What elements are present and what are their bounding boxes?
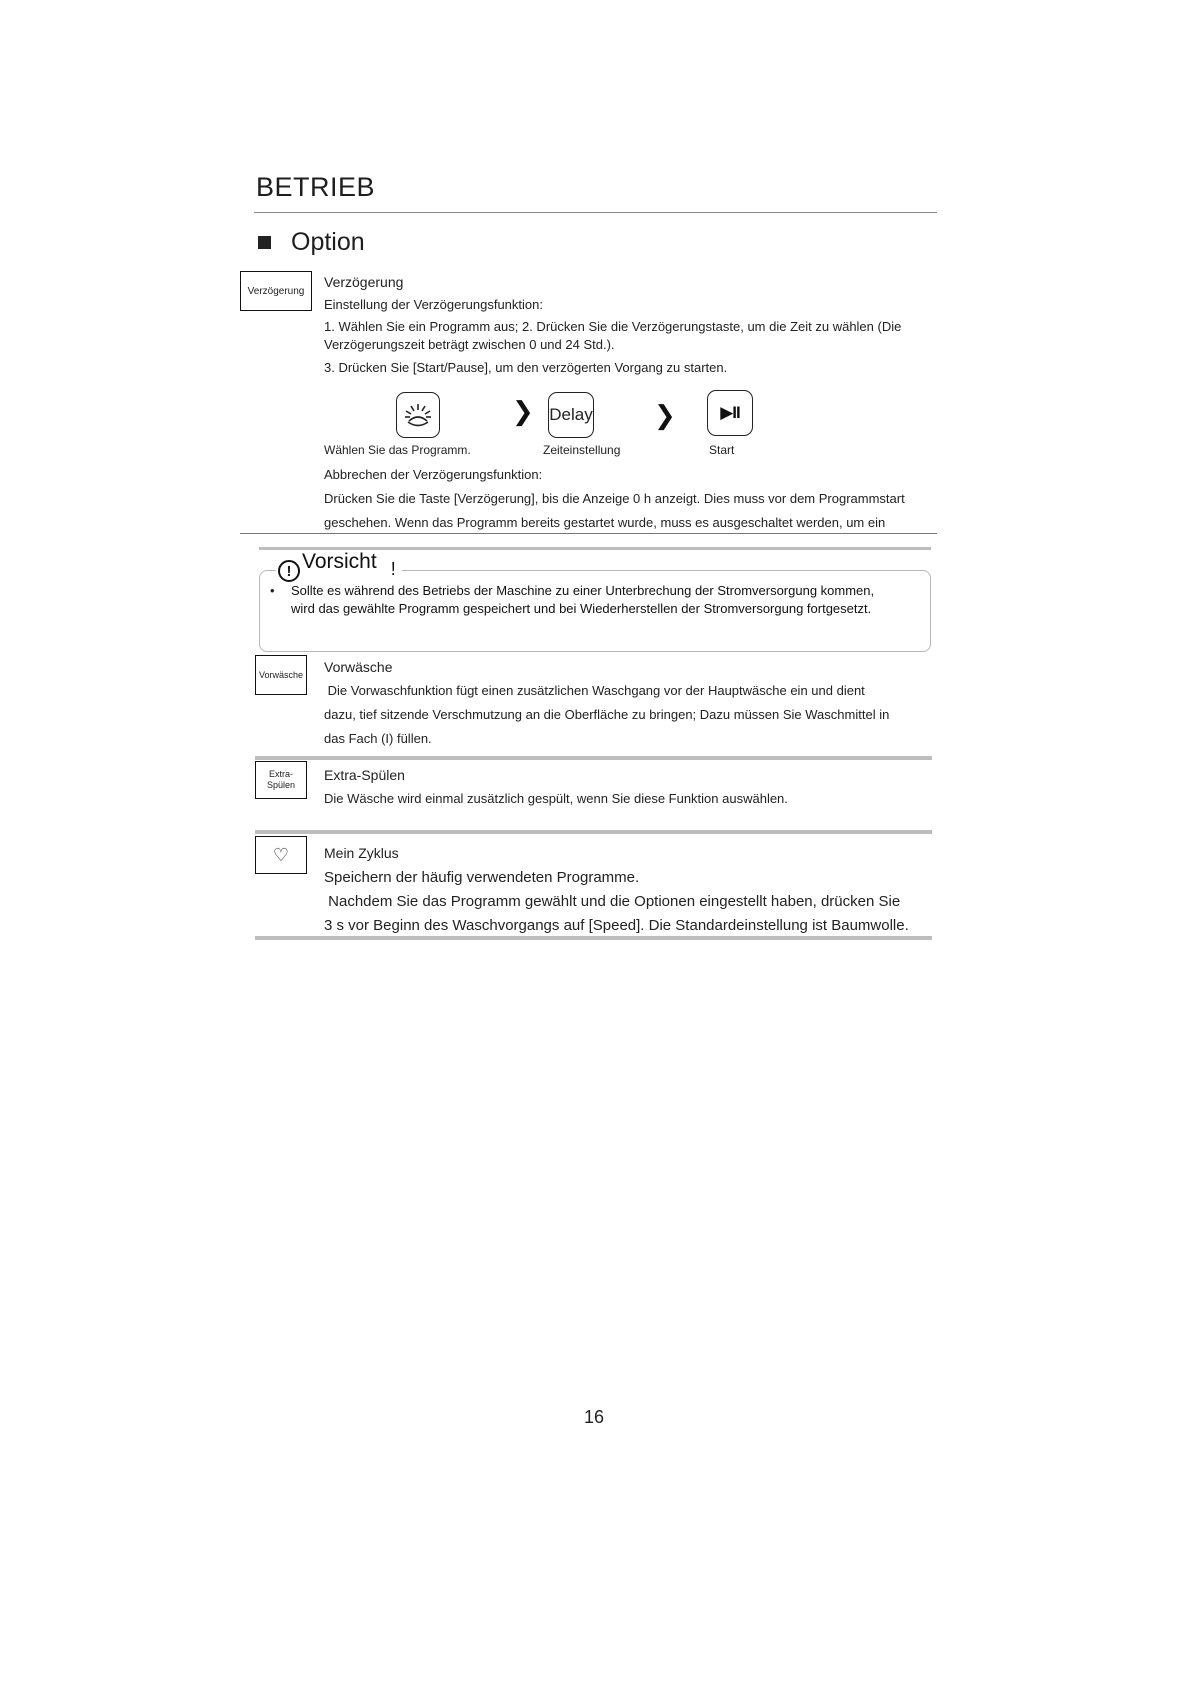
caution-bullet: • — [270, 582, 275, 600]
delay-step-line2: Verzögerungszeit beträgt zwischen 0 und … — [324, 336, 615, 354]
delay-cancel-line2: geschehen. Wenn das Programm bereits ges… — [324, 514, 885, 532]
step-caption-start: Start — [709, 441, 734, 459]
prewash-title: Vorwäsche — [324, 658, 392, 676]
prewash-tag-label: Vorwäsche — [259, 670, 303, 681]
prewash-line1: Die Vorwaschfunktion fügt einen zusätzli… — [324, 682, 865, 700]
delay-tag-label: Verzögerung — [248, 286, 305, 297]
square-bullet-icon — [258, 236, 271, 249]
caution-mark: ! — [391, 559, 396, 580]
program-dial-key — [396, 392, 440, 438]
delay-step-line1: 1. Wählen Sie ein Programm aus; 2. Drück… — [324, 318, 901, 336]
caution-header: ! Vorsicht ! — [276, 550, 402, 582]
page-number: 16 — [584, 1407, 604, 1428]
page-heading: BETRIEB — [256, 172, 375, 203]
delay-cancel-label: Abbrechen der Verzögerungsfunktion: — [324, 466, 542, 484]
my-cycle-title: Mein Zyklus — [324, 844, 399, 862]
extra-rinse-tag-line2: Spülen — [267, 780, 295, 791]
caution-line1: Sollte es während des Betriebs der Masch… — [291, 582, 874, 600]
section-divider-4 — [255, 936, 932, 940]
start-pause-key: ▶II — [707, 390, 753, 436]
section-divider — [240, 533, 937, 534]
delay-step-line3: 3. Drücken Sie [Start/Pause], um den ver… — [324, 359, 727, 377]
my-cycle-tag-box: ♡ — [255, 836, 307, 874]
caution-line2: wird das gewählte Programm gespeichert u… — [291, 600, 871, 618]
delay-cancel-line1: Drücken Sie die Taste [Verzögerung], bis… — [324, 490, 905, 508]
prewash-tag-box: Vorwäsche — [255, 655, 307, 695]
my-cycle-line3: 3 s vor Beginn des Waschvorgangs auf [Sp… — [324, 917, 909, 934]
warning-icon: ! — [278, 560, 300, 582]
extra-rinse-title: Extra-Spülen — [324, 766, 405, 784]
heading-divider — [254, 212, 937, 213]
section-divider-2 — [255, 756, 932, 760]
heart-icon: ♡ — [273, 850, 289, 861]
delay-setup-label: Einstellung der Verzögerungsfunktion: — [324, 296, 543, 314]
section-title: Option — [291, 228, 365, 257]
extra-rinse-tag-line1: Extra- — [269, 769, 293, 780]
prewash-line2: dazu, tief sitzende Verschmutzung an die… — [324, 706, 889, 724]
arrow-right-icon: ❯ — [512, 396, 534, 427]
arrow-right-icon-2: ❯ — [654, 400, 676, 431]
my-cycle-line2: Nachdem Sie das Programm gewählt und die… — [324, 893, 900, 910]
delay-key-label: Delay — [549, 405, 592, 425]
extra-rinse-tag-box: Extra- Spülen — [255, 761, 307, 799]
section-divider-3 — [255, 830, 932, 834]
program-dial-icon — [403, 401, 433, 429]
section-heading: Option — [256, 228, 365, 257]
play-pause-icon: ▶II — [720, 403, 740, 423]
caution-title: Vorsicht — [302, 550, 377, 574]
prewash-line3: das Fach (I) füllen. — [324, 730, 432, 748]
my-cycle-line1: Speichern der häufig verwendeten Program… — [324, 869, 639, 886]
extra-rinse-line1: Die Wäsche wird einmal zusätzlich gespül… — [324, 790, 788, 808]
step-caption-time: Zeiteinstellung — [543, 441, 620, 459]
delay-title: Verzögerung — [324, 273, 403, 291]
step-caption-program: Wählen Sie das Programm. — [324, 441, 471, 459]
delay-tag-box: Verzögerung — [240, 271, 312, 311]
delay-key: Delay — [548, 392, 594, 438]
